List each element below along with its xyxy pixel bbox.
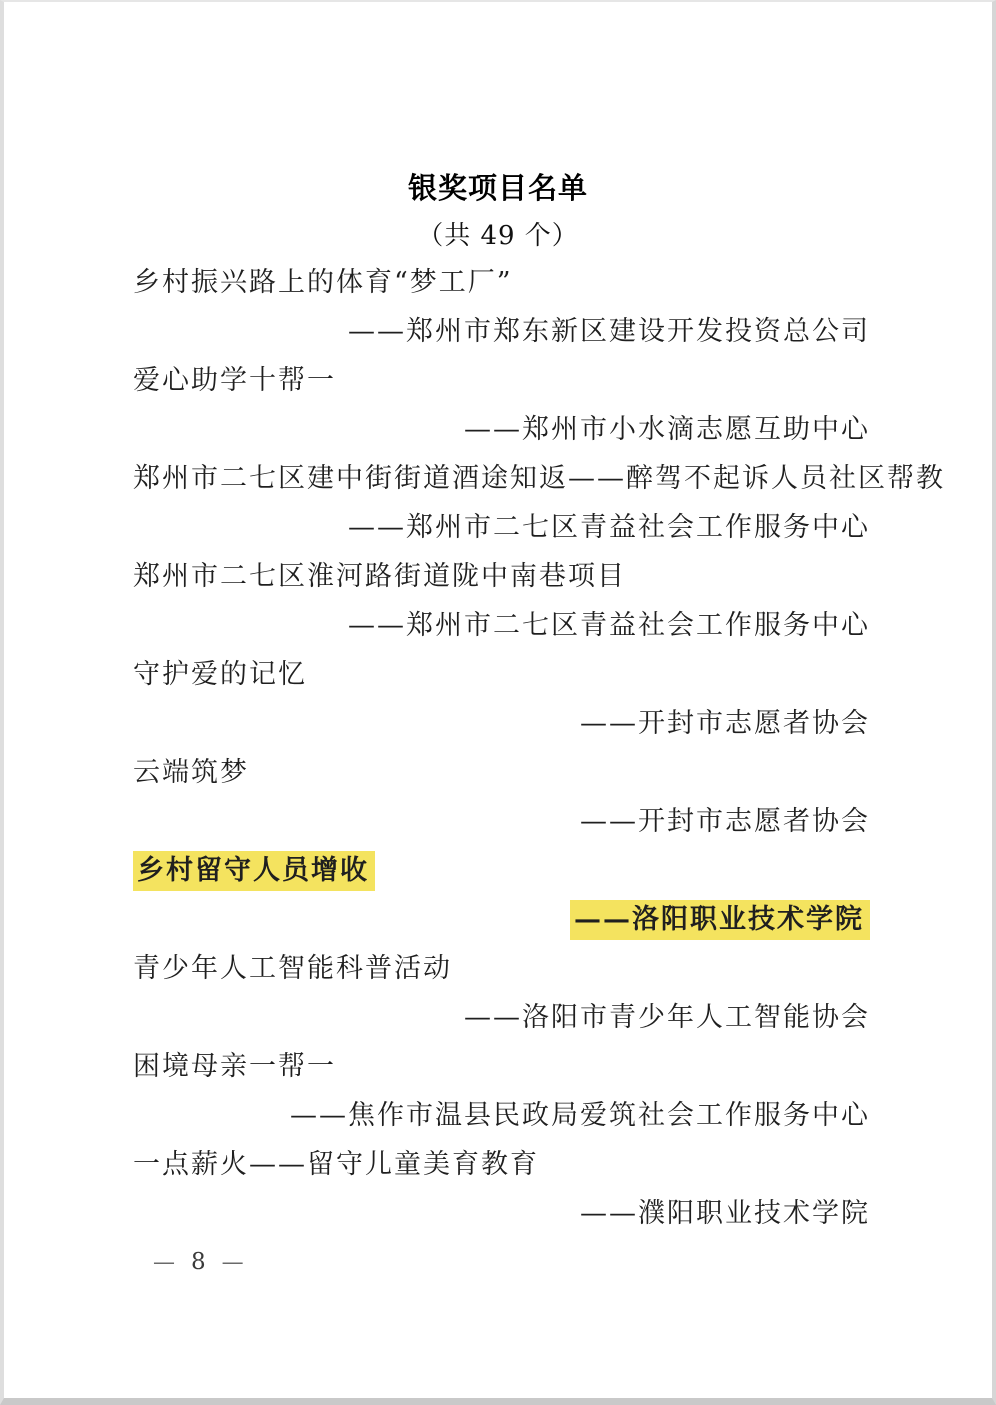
project-name: 一点薪火——留守儿童美育教育 (4, 1140, 992, 1189)
page-title: 银奖项目名单 (4, 2, 992, 208)
highlight-mark: ——洛阳职业技术学院 (570, 900, 870, 940)
highlight-mark: 乡村留守人员增收 (133, 851, 375, 891)
project-name: 困境母亲一帮一 (4, 1042, 992, 1091)
project-name: 守护爱的记忆 (4, 650, 992, 699)
project-name: 乡村振兴路上的体育“梦工厂” (4, 258, 992, 307)
footer-dash-left: — (153, 1250, 175, 1275)
org-name-highlighted: ——洛阳职业技术学院 (4, 895, 992, 944)
project-name: 郑州市二七区建中街街道酒途知返——醉驾不起诉人员社区帮教 (4, 454, 992, 503)
footer-dash-right: — (222, 1250, 244, 1275)
project-name: 青少年人工智能科普活动 (4, 944, 992, 993)
org-name: ——濮阳职业技术学院 (4, 1189, 992, 1238)
award-list: 乡村振兴路上的体育“梦工厂” ——郑州市郑东新区建设开发投资总公司 爱心助学十帮… (4, 258, 992, 1238)
page-footer: — 8 — (153, 1249, 244, 1275)
org-name: ——开封市志愿者协会 (4, 699, 992, 748)
org-name: ——郑州市二七区青益社会工作服务中心 (4, 601, 992, 650)
org-name: ——洛阳市青少年人工智能协会 (4, 993, 992, 1042)
project-name: 云端筑梦 (4, 748, 992, 797)
org-name: ——郑州市郑东新区建设开发投资总公司 (4, 307, 992, 356)
org-name: ——焦作市温县民政局爱筑社会工作服务中心 (4, 1091, 992, 1140)
page-number: 8 (191, 1249, 206, 1275)
project-name-highlighted: 乡村留守人员增收 (4, 846, 992, 895)
count-subtitle: （共 49 个） (4, 214, 992, 258)
org-name: ——开封市志愿者协会 (4, 797, 992, 846)
project-name: 爱心助学十帮一 (4, 356, 992, 405)
document-page: 银奖项目名单 （共 49 个） 乡村振兴路上的体育“梦工厂” ——郑州市郑东新区… (0, 0, 996, 1405)
org-name: ——郑州市二七区青益社会工作服务中心 (4, 503, 992, 552)
org-name: ——郑州市小水滴志愿互助中心 (4, 405, 992, 454)
project-name: 郑州市二七区淮河路街道陇中南巷项目 (4, 552, 992, 601)
